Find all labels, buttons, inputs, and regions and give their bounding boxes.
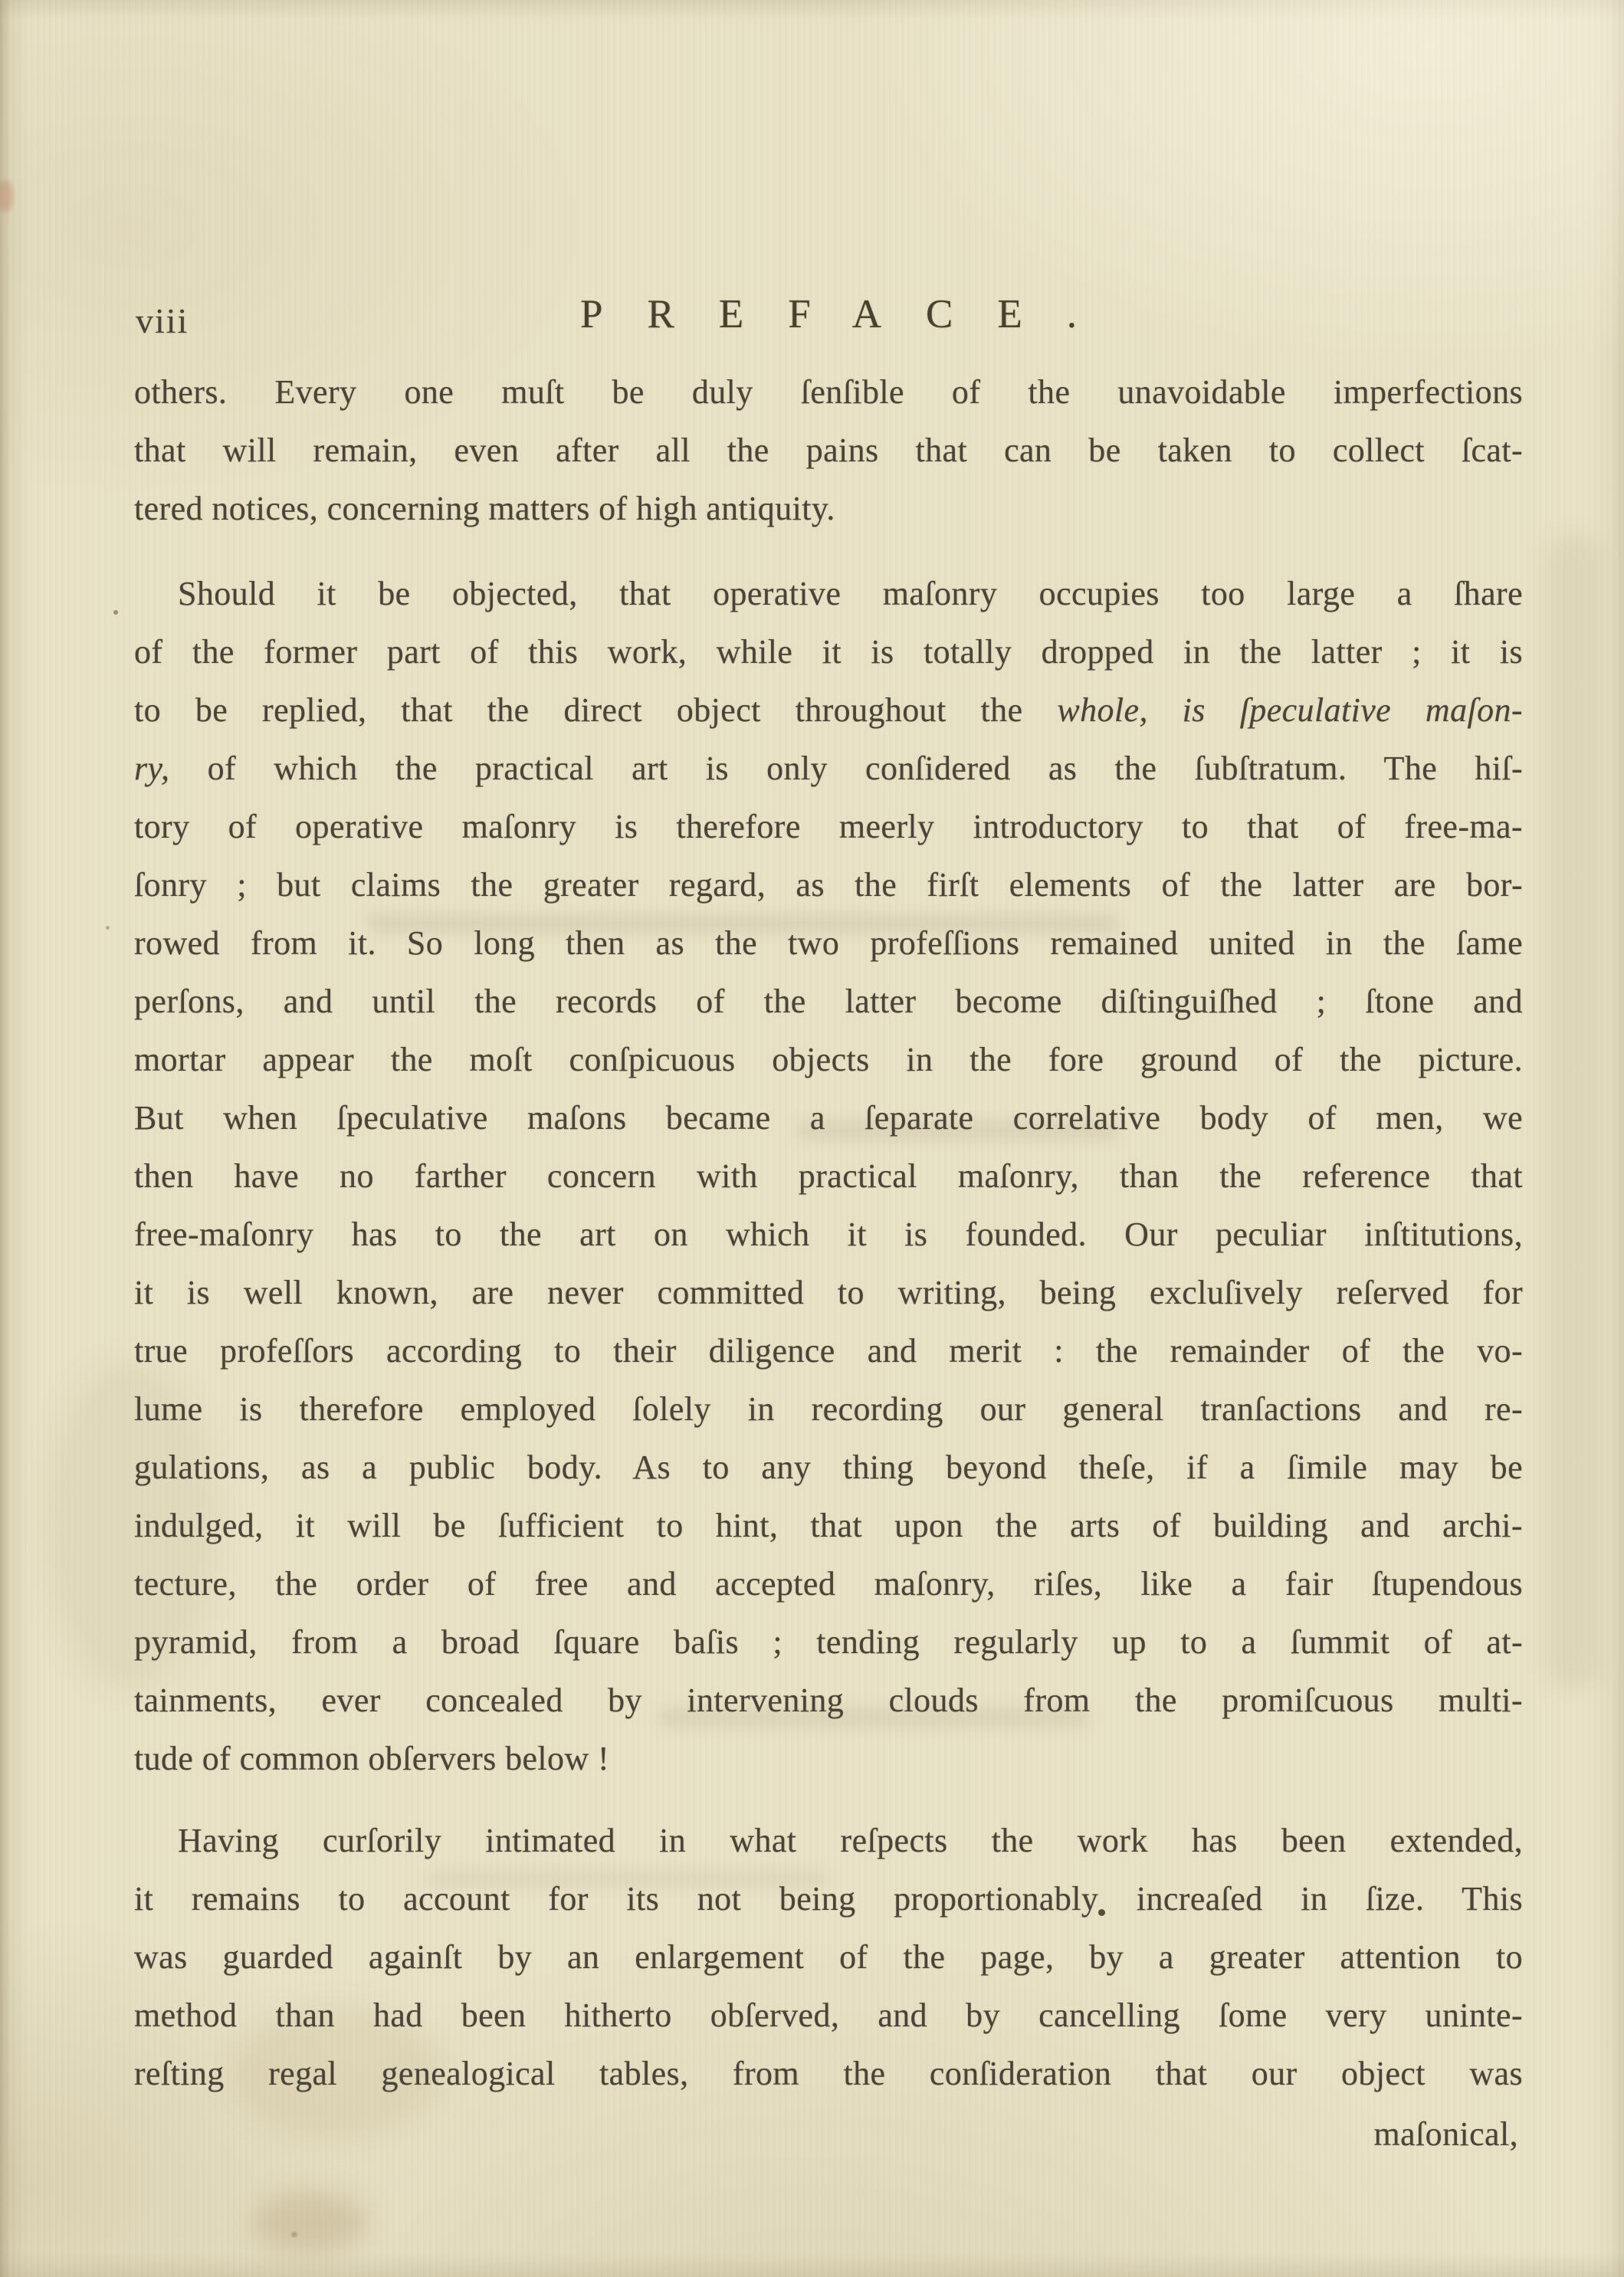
page-header: viii PREFACE. [134,291,1523,337]
text-line: tered notices, concerning matters of hig… [134,480,1523,538]
text-line: it remains to account for its not being … [134,1870,1523,1928]
italic-text-segment: whole, is ſpeculative maſon- [1057,691,1523,729]
text-line: Should it be objected, that operative ma… [134,565,1523,623]
text-column: others. Every one muſt be duly ſenſible … [134,363,1523,2164]
text-line: tude of common obſervers below ! [134,1730,1523,1788]
catchword: maſonical, [134,2105,1523,2164]
text-line: tory of operative maſonry is therefore m… [134,798,1523,856]
text-line: tainments, ever concealed by intervening… [134,1672,1523,1730]
text-line: indulged, it will be ſufficient to hint,… [134,1497,1523,1555]
page-number: viii [136,300,189,341]
text-line: to be replied, that the direct object th… [134,681,1523,740]
text-line: Having curſorily intimated in what reſpe… [134,1812,1523,1870]
scanned-book-page: viii PREFACE. others. Every one muſt be … [0,0,1624,2277]
text-segment: of which the practical art is only conſi… [169,750,1523,787]
text-line: free-maſonry has to the art on which it … [134,1206,1523,1264]
italic-text-segment: ry, [134,750,169,787]
text-line: method than had been hitherto obſerved, … [134,1987,1523,2045]
text-line: gulations, as a public body. As to any t… [134,1439,1523,1497]
text-segment: to be replied, that the direct object th… [134,691,1057,729]
text-line: was guarded againſt by an enlargement of… [134,1928,1523,1987]
text-line: ſonry ; but claims the greater regard, a… [134,856,1523,914]
text-line: mortar appear the moſt conſpicuous objec… [134,1031,1523,1089]
text-line: that will remain, even after all the pai… [134,422,1523,480]
text-line: others. Every one muſt be duly ſenſible … [134,363,1523,422]
paragraph-objection: Should it be objected, that operative ma… [134,565,1523,1788]
text-line: ry, of which the practical art is only c… [134,740,1523,798]
text-line: pyramid, from a broad ſquare baſis ; ten… [134,1613,1523,1672]
text-line: then have no farther concern with practi… [134,1147,1523,1206]
text-line: But when ſpeculative maſons became a ſep… [134,1089,1523,1147]
text-line: of the former part of this work, while i… [134,623,1523,681]
paragraph-extension: Having curſorily intimated in what reſpe… [134,1812,1523,2103]
page-title: PREFACE. [134,291,1523,337]
text-line: lume is therefore employed ſolely in rec… [134,1380,1523,1439]
text-line: true profeſſors according to their dilig… [134,1322,1523,1380]
text-line: it is well known, are never committed to… [134,1264,1523,1322]
text-line: reſting regal genealogical tables, from … [134,2045,1523,2103]
paragraph-continuation: others. Every one muſt be duly ſenſible … [134,363,1523,538]
text-line: rowed from it. So long then as the two p… [134,914,1523,973]
text-line: tecture, the order of free and accepted … [134,1555,1523,1613]
text-line: perſons, and until the records of the la… [134,973,1523,1031]
